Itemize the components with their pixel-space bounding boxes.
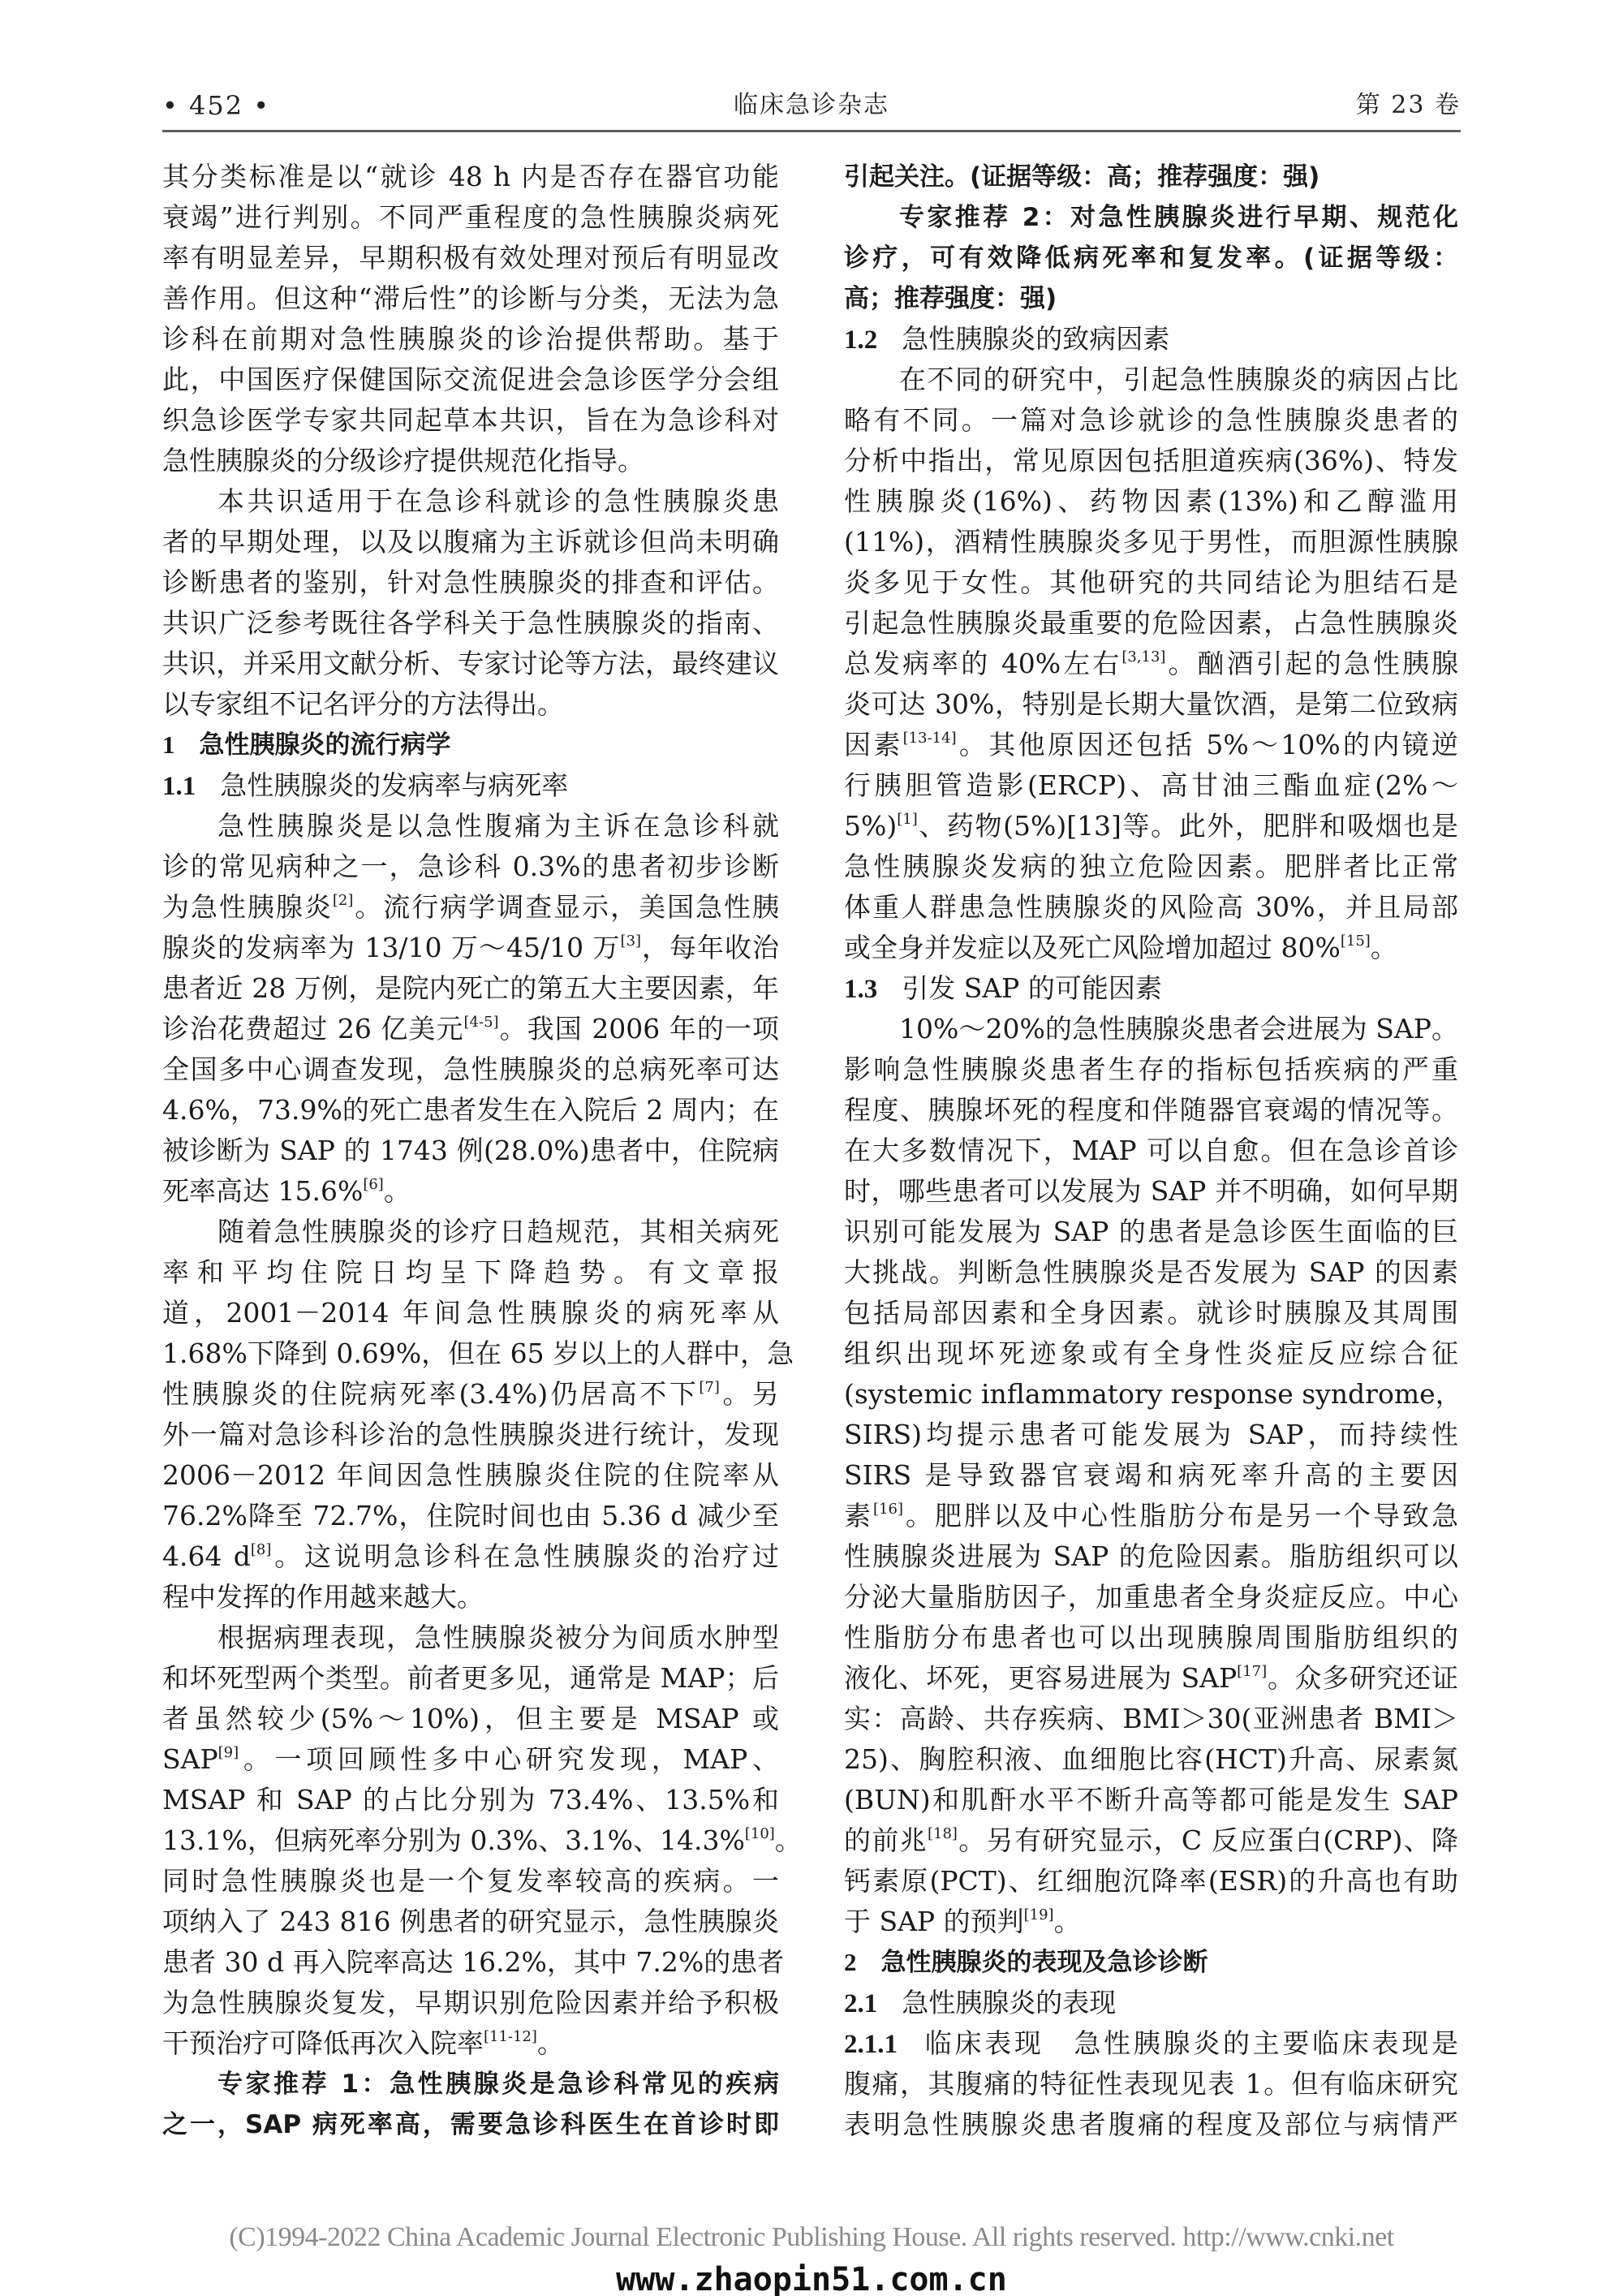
right-column: 引起关注。(证据等级：高；推荐强度：强)专家推荐 2：对急性胰腺炎进行早期、规范… [844, 157, 1458, 2145]
body-text-line: 4.64 d[8]。这说明急诊科在急性胰腺炎的治疗过 [162, 1536, 779, 1577]
body-text-line: 1.68%下降到 0.69%，但在 65 岁以上的人群中，急 [162, 1333, 779, 1374]
section-number: 1.1 [162, 772, 196, 801]
expert-recommendation-line: 诊疗，可有效降低病死率和复发率。(证据等级： [844, 238, 1458, 278]
citation-reference: [9] [218, 1744, 239, 1761]
line-text: 为急性胰腺炎复发，早期识别危险因素并给予积极 [162, 1987, 779, 2018]
line-text: 此，中国医疗保健国际交流促进会急诊医学分会组 [162, 364, 779, 395]
line-text: 干预治疗可降低再次入院率 [162, 2027, 484, 2059]
header-rule [162, 130, 1461, 132]
line-text: 者虽然较少(5%～10%)，但主要是 MSAP 或 [162, 1703, 779, 1734]
section-heading: 1.1急性胰腺炎的发病率与病死率 [162, 765, 779, 806]
body-text-line: SIRS 是导致器官衰竭和病死率升高的主要因 [844, 1455, 1458, 1496]
body-text-line: 在不同的研究中，引起急性胰腺炎的病因占比 [844, 360, 1458, 400]
expert-recommendation-line: 高；推荐强度：强) [844, 278, 1458, 319]
body-text-line: 诊科在前期对急性胰腺炎的诊治提供帮助。基于 [162, 319, 779, 360]
volume-label: 第 23 卷 [1356, 88, 1461, 123]
body-text-line: 性胰腺炎的住院病死率(3.4%)仍居高不下[7]。另 [162, 1374, 779, 1415]
line-text: 10%～20%的急性胰腺炎患者会进展为 SAP。 [899, 1013, 1458, 1045]
line-text: (11%)，酒精性胰腺炎多见于男性，而胆源性胰腺 [844, 526, 1458, 558]
line-text: 率有明显差异，早期积极有效处理对预后有明显改 [162, 242, 779, 274]
line-text: 引发 SAP 的可能因素 [902, 972, 1162, 1004]
line-text: 4.6%，73.9%的死亡患者发生在入院后 2 周内；在 [162, 1094, 779, 1126]
body-text-line: 为急性胰腺炎复发，早期识别危险因素并给予积极 [162, 1983, 779, 2023]
line-text: 在不同的研究中，引起急性胰腺炎的病因占比 [899, 364, 1458, 395]
line-text: 共识广泛参考既往各学科关于急性胰腺炎的指南、 [162, 607, 779, 639]
body-text-line: 分析中指出，常见原因包括胆道疾病(36%)、特发 [844, 441, 1458, 481]
body-text-line: 率和平均住院日均呈下降趋势。有文章报 [162, 1252, 779, 1293]
citation-reference: [7] [699, 1379, 720, 1396]
body-text-line: 素[16]。肥胖以及中心性脂肪分布是另一个导致急 [844, 1496, 1458, 1536]
body-text-line: 表明急性胰腺炎患者腹痛的程度及部位与病情严 [844, 2104, 1458, 2145]
citation-reference: [2] [333, 892, 354, 909]
body-text-line: 为急性胰腺炎[2]。流行病学调查显示，美国急性胰 [162, 887, 779, 928]
line-text: 液化、坏死，更容易进展为 SAP [844, 1662, 1237, 1694]
body-text-line: 于 SAP 的预判[19]。 [844, 1902, 1458, 1942]
line-text: 被诊断为 SAP 的 1743 例(28.0%)患者中，住院病 [162, 1135, 779, 1166]
line-text: 急性胰腺炎发病的独立危险因素。肥胖者比正常 [844, 851, 1458, 882]
body-text-line: 者的早期处理，以及以腹痛为主诉就诊但尚未明确 [162, 522, 779, 562]
body-text-line: 死率高达 15.6%[6]。 [162, 1171, 779, 1212]
line-text-continued: 。众多研究还证 [1267, 1662, 1458, 1694]
section-number: 2.1.1 [844, 2030, 898, 2059]
copyright-notice: (C)1994-2022 China Academic Journal Elec… [0, 2222, 1623, 2253]
body-text-line: 的前兆[18]。另有研究显示，C 反应蛋白(CRP)、降 [844, 1820, 1458, 1861]
section-heading: 2急性胰腺炎的表现及急诊诊断 [844, 1942, 1458, 1983]
body-text-line: 急性胰腺炎的分级诊疗提供规范化指导。 [162, 441, 779, 481]
body-text-line: 分泌大量脂肪因子，加重患者全身炎症反应。中心 [844, 1577, 1458, 1618]
citation-reference: [19] [1024, 1906, 1054, 1923]
line-text: 炎可达 30%，特别是长期大量饮酒，是第二位致病 [844, 688, 1458, 720]
line-text-continued: 。流行病学调查显示，美国急性胰 [353, 891, 779, 923]
line-text: 者的早期处理，以及以腹痛为主诉就诊但尚未明确 [162, 526, 779, 558]
line-text: 患者 30 d 再入院率高达 16.2%，其中 7.2%的患者 [162, 1946, 784, 1978]
line-text-continued: 。另有研究显示，C 反应蛋白(CRP)、降 [958, 1824, 1458, 1856]
line-text-continued: 。这说明急诊科在急性胰腺炎的治疗过 [271, 1540, 779, 1572]
section-number: 2.1 [844, 1989, 877, 2018]
body-text-line: 钙素原(PCT)、红细胞沉降率(ESR)的升高也有助 [844, 1861, 1458, 1902]
citation-reference: [16] [873, 1501, 903, 1518]
line-text: 组织出现坏死迹象或有全身性炎症反应综合征 [844, 1338, 1458, 1369]
watermark-url: www.zhaopin51.com.cn [0, 2261, 1623, 2296]
line-text: 以专家组不记名评分的方法得出。 [162, 688, 564, 720]
line-text: 全国多中心调查发现，急性胰腺炎的总病死率可达 [162, 1053, 779, 1085]
journal-title: 临床急诊杂志 [162, 88, 1461, 123]
line-text-continued: 。其他原因还包括 5%～10%的内镜逆 [957, 729, 1458, 760]
line-text: 和坏死型两个类型。前者更多见，通常是 MAP；后 [162, 1662, 779, 1694]
body-text-line: 体重人群患急性胰腺炎的风险高 30%，并且局部 [844, 887, 1458, 928]
body-text-line: SAP[9]。一项回顾性多中心研究发现，MAP、 [162, 1739, 779, 1780]
body-text-line: 10%～20%的急性胰腺炎患者会进展为 SAP。 [844, 1009, 1458, 1049]
line-text: 4.64 d [162, 1540, 251, 1572]
line-text: 的前兆 [844, 1824, 928, 1856]
body-text-line: MSAP 和 SAP 的占比分别为 73.4%、13.5%和 [162, 1780, 779, 1820]
body-text-line: 和坏死型两个类型。前者更多见，通常是 MAP；后 [162, 1658, 779, 1699]
body-text-line: 时，哪些患者可以发展为 SAP 并不明确，如何早期 [844, 1171, 1458, 1212]
line-text: 共识，并采用文献分析、专家讨论等方法，最终建议 [162, 648, 779, 679]
body-text-line: 25)、胸腔积液、血细胞比容(HCT)升高、尿素氮 [844, 1739, 1458, 1780]
body-text-line: 液化、坏死，更容易进展为 SAP[17]。众多研究还证 [844, 1658, 1458, 1699]
body-text-line: 实：高龄、共存疾病、BMI＞30(亚洲患者 BMI＞ [844, 1699, 1458, 1739]
line-text: 性胰腺炎(16%)、药物因素(13%)和乙醇滥用 [844, 485, 1458, 517]
line-text: 其分类标准是以“就诊 48 h 内是否存在器官功能 [162, 161, 779, 192]
line-text: 程中发挥的作用越来越大。 [162, 1581, 484, 1613]
body-text-line: 性脂肪分布患者也可以出现胰腺周围脂肪组织的 [844, 1618, 1458, 1658]
body-text-line: 因素[13-14]。其他原因还包括 5%～10%的内镜逆 [844, 725, 1458, 765]
body-text-line: 炎可达 30%，特别是长期大量饮酒，是第二位致病 [844, 684, 1458, 725]
body-text-line: 衰竭”进行判别。不同严重程度的急性胰腺炎病死 [162, 197, 779, 238]
line-text: SIRS 是导致器官衰竭和病死率升高的主要因 [844, 1459, 1458, 1491]
body-text-line: 性胰腺炎(16%)、药物因素(13%)和乙醇滥用 [844, 481, 1458, 522]
body-text-line: 患者近 28 万例，是院内死亡的第五大主要因素，年 [162, 968, 779, 1009]
body-text-line: 2.1.1临床表现 急性胰腺炎的主要临床表现是 [844, 2023, 1458, 2064]
body-text-line: 腹痛，其腹痛的特征性表现见表 1。但有临床研究 [844, 2064, 1458, 2104]
body-text-line: 急性胰腺炎发病的独立危险因素。肥胖者比正常 [844, 846, 1458, 887]
line-text: 急性胰腺炎的发病率与病死率 [220, 769, 568, 801]
line-text-continued: 、药物(5%)[13]等。此外，肥胖和吸烟也是 [918, 810, 1458, 842]
body-text-line: 率有明显差异，早期积极有效处理对预后有明显改 [162, 238, 779, 278]
line-text: 项纳入了 243 816 例患者的研究显示，急性胰腺炎 [162, 1906, 779, 1937]
line-text-continued: 。 [775, 1824, 802, 1856]
section-heading: 1急性胰腺炎的流行病学 [162, 725, 779, 765]
line-text: 影响急性胰腺炎患者生存的指标包括疾病的严重 [844, 1053, 1458, 1085]
body-text-line: 道，2001－2014 年间急性胰腺炎的病死率从 [162, 1293, 779, 1333]
citation-reference: [4-5] [464, 1014, 499, 1031]
body-text-line: 被诊断为 SAP 的 1743 例(28.0%)患者中，住院病 [162, 1131, 779, 1171]
line-text: 本共识适用于在急诊科就诊的急性胰腺炎患 [217, 485, 779, 517]
line-text: 外一篇对急诊科诊治的急性胰腺炎进行统计，发现 [162, 1419, 779, 1450]
line-text: 诊的常见病种之一，急诊科 0.3%的患者初步诊断 [162, 851, 779, 882]
body-text-line: 炎多见于女性。其他研究的共同结论为胆结石是 [844, 562, 1458, 603]
citation-reference: [15] [1341, 933, 1371, 950]
line-text: MSAP 和 SAP 的占比分别为 73.4%、13.5%和 [162, 1784, 779, 1816]
body-text-line: 诊断患者的鉴别，针对急性胰腺炎的排查和评估。 [162, 562, 779, 603]
body-text-line: 包括局部因素和全身因素。就诊时胰腺及其周围 [844, 1293, 1458, 1333]
body-text-line: 共识，并采用文献分析、专家讨论等方法，最终建议 [162, 644, 779, 684]
line-text: 急性胰腺炎的流行病学 [200, 730, 451, 760]
section-number: 1.2 [844, 325, 877, 355]
body-text-line: 以专家组不记名评分的方法得出。 [162, 684, 779, 725]
line-text: 体重人群患急性胰腺炎的风险高 30%，并且局部 [844, 891, 1458, 923]
line-text: 织急诊医学专家共同起草本共识，旨在为急诊科对 [162, 404, 779, 436]
body-text-line: 5%)[1]、药物(5%)[13]等。此外，肥胖和吸烟也是 [844, 806, 1458, 846]
body-text-line: 识别可能发展为 SAP 的患者是急诊医生面临的巨 [844, 1212, 1458, 1252]
line-text: (BUN)和肌酐水平不断升高等都可能是发生 SAP [844, 1784, 1458, 1816]
line-text: 1.68%下降到 0.69%，但在 65 岁以上的人群中，急 [162, 1338, 794, 1369]
line-text-continued: 。一项回顾性多中心研究发现，MAP、 [239, 1743, 779, 1775]
body-text-line: 影响急性胰腺炎患者生存的指标包括疾病的严重 [844, 1049, 1458, 1090]
line-text-continued: 。 [1054, 1906, 1081, 1937]
line-text: 炎多见于女性。其他研究的共同结论为胆结石是 [844, 566, 1458, 598]
body-text-line: 随着急性胰腺炎的诊疗日趋规范，其相关病死 [162, 1212, 779, 1252]
line-text: 表明急性胰腺炎患者腹痛的程度及部位与病情严 [844, 2109, 1458, 2140]
line-text: 素 [844, 1500, 873, 1531]
line-text: 之一，SAP 病死率高，需要急诊科医生在首诊时即 [162, 2110, 779, 2139]
body-text-line: 者虽然较少(5%～10%)，但主要是 MSAP 或 [162, 1699, 779, 1739]
line-text-continued: 。酗酒引起的急性胰腺 [1165, 648, 1458, 679]
line-text: 专家推荐 2：对急性胰腺炎进行早期、规范化 [899, 203, 1458, 232]
citation-reference: [3,13] [1121, 648, 1165, 666]
line-text: 25)、胸腔积液、血细胞比容(HCT)升高、尿素氮 [844, 1743, 1458, 1775]
expert-recommendation-line: 专家推荐 1：急性胰腺炎是急诊科常见的疾病 [162, 2064, 779, 2104]
citation-reference: [11-12] [484, 2028, 537, 2045]
body-text-line: 组织出现坏死迹象或有全身性炎症反应综合征 [844, 1333, 1458, 1374]
line-text: 诊科在前期对急性胰腺炎的诊治提供帮助。基于 [162, 323, 779, 355]
citation-reference: [6] [363, 1176, 384, 1193]
body-text-line: 诊的常见病种之一，急诊科 0.3%的患者初步诊断 [162, 846, 779, 887]
body-text-line: 同时急性胰腺炎也是一个复发率较高的疾病。一 [162, 1861, 779, 1902]
body-text-line: 此，中国医疗保健国际交流促进会急诊医学分会组 [162, 360, 779, 400]
section-number: 1.3 [844, 975, 877, 1004]
line-text: 专家推荐 1：急性胰腺炎是急诊科常见的疾病 [217, 2070, 779, 2099]
line-text: 引起急性胰腺炎最重要的危险因素，占急性胰腺炎 [844, 607, 1458, 639]
line-text: 13.1%，但病死率分别为 0.3%、3.1%、14.3% [162, 1824, 745, 1856]
line-text: SAP [162, 1743, 218, 1775]
line-text: (systemic inflammatory response syndrome… [844, 1378, 1462, 1410]
body-text-line: (systemic inflammatory response syndrome… [844, 1374, 1458, 1415]
line-text-continued: 。 [537, 2027, 564, 2059]
body-text-line: 织急诊医学专家共同起草本共识，旨在为急诊科对 [162, 400, 779, 441]
line-text: 急性胰腺炎的表现 [902, 1987, 1116, 2018]
body-text-line: 共识广泛参考既往各学科关于急性胰腺炎的指南、 [162, 603, 779, 644]
body-text-line: 13.1%，但病死率分别为 0.3%、3.1%、14.3%[10]。 [162, 1820, 779, 1861]
line-text: 于 SAP 的预判 [844, 1906, 1024, 1937]
left-column: 其分类标准是以“就诊 48 h 内是否存在器官功能衰竭”进行判别。不同严重程度的… [162, 157, 779, 2145]
body-text-line: 项纳入了 243 816 例患者的研究显示，急性胰腺炎 [162, 1902, 779, 1942]
line-text: 识别可能发展为 SAP 的患者是急诊医生面临的巨 [844, 1216, 1458, 1247]
citation-reference: [10] [745, 1825, 775, 1842]
line-text: 因素 [844, 729, 903, 760]
expert-recommendation-line: 引起关注。(证据等级：高；推荐强度：强) [844, 157, 1458, 197]
body-text-line: 外一篇对急诊科诊治的急性胰腺炎进行统计，发现 [162, 1415, 779, 1455]
line-text: 性胰腺炎进展为 SAP 的危险因素。脂肪组织可以 [844, 1540, 1458, 1572]
line-text-continued: 。 [384, 1175, 411, 1207]
line-text: 同时急性胰腺炎也是一个复发率较高的疾病。一 [162, 1865, 779, 1897]
line-text: 急性胰腺炎的致病因素 [902, 323, 1169, 355]
citation-reference: [1] [897, 811, 918, 828]
line-text: 腺炎的发病率为 13/10 万～45/10 万 [162, 932, 621, 963]
body-text-line: 程中发挥的作用越来越大。 [162, 1577, 779, 1618]
line-text: 患者近 28 万例，是院内死亡的第五大主要因素，年 [162, 972, 779, 1004]
line-text-continued: 。另 [720, 1378, 779, 1410]
line-text: 实：高龄、共存疾病、BMI＞30(亚洲患者 BMI＞ [844, 1703, 1458, 1734]
body-text-line: 其分类标准是以“就诊 48 h 内是否存在器官功能 [162, 157, 779, 197]
line-text-continued: ，每年收治 [641, 932, 779, 963]
body-text-line: 4.6%，73.9%的死亡患者发生在入院后 2 周内；在 [162, 1090, 779, 1131]
line-text: 善作用。但这种“滞后性”的诊断与分类，无法为急 [162, 282, 779, 314]
line-text: 为急性胰腺炎 [162, 891, 333, 923]
body-text-line: 急性胰腺炎是以急性腹痛为主诉在急诊科就 [162, 806, 779, 846]
line-text: 在大多数情况下，MAP 可以自愈。但在急诊首诊 [844, 1135, 1458, 1166]
line-text: 随着急性胰腺炎的诊疗日趋规范，其相关病死 [217, 1216, 779, 1247]
line-text: 急性胰腺炎的分级诊疗提供规范化指导。 [162, 445, 644, 476]
body-text-line: 或全身并发症以及死亡风险增加超过 80%[15]。 [844, 928, 1458, 968]
line-text: 分析中指出，常见原因包括胆道疾病(36%)、特发 [844, 445, 1458, 476]
line-text: 性胰腺炎的住院病死率(3.4%)仍居高不下 [162, 1378, 699, 1410]
line-text: 根据病理表现，急性胰腺炎被分为间质水肿型 [217, 1622, 779, 1653]
citation-reference: [13-14] [903, 730, 957, 747]
body-text-line: 略有不同。一篇对急诊就诊的急性胰腺炎患者的 [844, 400, 1458, 441]
line-text: 率和平均住院日均呈下降趋势。有文章报 [162, 1256, 779, 1288]
body-text-line: 大挑战。判断急性胰腺炎是否发展为 SAP 的因素 [844, 1252, 1458, 1293]
line-text: 略有不同。一篇对急诊就诊的急性胰腺炎患者的 [844, 404, 1458, 436]
line-text: 2006－2012 年间因急性胰腺炎住院的住院率从 [162, 1459, 779, 1491]
body-text-line: SIRS)均提示患者可能发展为 SAP，而持续性 [844, 1415, 1458, 1455]
body-text-line: (11%)，酒精性胰腺炎多见于男性，而胆源性胰腺 [844, 522, 1458, 562]
line-text: 行胰胆管造影(ERCP)、高甘油三酯血症(2%～ [844, 769, 1458, 801]
body-text-line: 诊治花费超过 26 亿美元[4-5]。我国 2006 年的一项 [162, 1009, 779, 1049]
body-text-line: 引起急性胰腺炎最重要的危险因素，占急性胰腺炎 [844, 603, 1458, 644]
citation-reference: [3] [621, 933, 642, 950]
body-text-line: 患者 30 d 再入院率高达 16.2%，其中 7.2%的患者 [162, 1942, 779, 1983]
expert-recommendation-line: 专家推荐 2：对急性胰腺炎进行早期、规范化 [844, 197, 1458, 238]
section-number: 1 [162, 730, 175, 759]
line-text: 高；推荐强度：强) [844, 284, 1057, 313]
line-text: 包括局部因素和全身因素。就诊时胰腺及其周围 [844, 1297, 1458, 1329]
citation-reference: [18] [928, 1825, 958, 1842]
citation-reference: [17] [1237, 1663, 1267, 1680]
body-text-line: 根据病理表现，急性胰腺炎被分为间质水肿型 [162, 1618, 779, 1658]
body-text-line: 善作用。但这种“滞后性”的诊断与分类，无法为急 [162, 278, 779, 319]
line-text: 死率高达 15.6% [162, 1175, 363, 1207]
line-text: 临床表现 急性胰腺炎的主要临床表现是 [922, 2027, 1458, 2059]
line-text: 性脂肪分布患者也可以出现胰腺周围脂肪组织的 [844, 1622, 1458, 1653]
section-heading: 1.3引发 SAP 的可能因素 [844, 968, 1458, 1009]
line-text: 诊治花费超过 26 亿美元 [162, 1013, 464, 1045]
line-text: 或全身并发症以及死亡风险增加超过 80% [844, 932, 1341, 963]
citation-reference: [8] [251, 1541, 272, 1558]
body-text-line: 总发病率的 40%左右[3,13]。酗酒引起的急性胰腺 [844, 644, 1458, 684]
body-text-line: 性胰腺炎进展为 SAP 的危险因素。脂肪组织可以 [844, 1536, 1458, 1577]
body-text-line: (BUN)和肌酐水平不断升高等都可能是发生 SAP [844, 1780, 1458, 1820]
line-text: 钙素原(PCT)、红细胞沉降率(ESR)的升高也有助 [844, 1865, 1458, 1897]
section-heading: 2.1急性胰腺炎的表现 [844, 1983, 1458, 2023]
line-text-continued: 。 [1371, 932, 1397, 963]
expert-recommendation-line: 之一，SAP 病死率高，需要急诊科医生在首诊时即 [162, 2104, 779, 2145]
body-text-line: 76.2%降至 72.7%，住院时间也由 5.36 d 减少至 [162, 1496, 779, 1536]
line-text: 急性胰腺炎的表现及急诊诊断 [881, 1948, 1208, 1977]
line-text: 大挑战。判断急性胰腺炎是否发展为 SAP 的因素 [844, 1256, 1458, 1288]
body-text-line: 腺炎的发病率为 13/10 万～45/10 万[3]，每年收治 [162, 928, 779, 968]
line-text: SIRS)均提示患者可能发展为 SAP，而持续性 [844, 1419, 1458, 1450]
line-text: 衰竭”进行判别。不同严重程度的急性胰腺炎病死 [162, 201, 779, 233]
line-text: 引起关注。(证据等级：高；推荐强度：强) [844, 162, 1319, 192]
body-text-line: 行胰胆管造影(ERCP)、高甘油三酯血症(2%～ [844, 765, 1458, 806]
line-text: 急性胰腺炎是以急性腹痛为主诉在急诊科就 [217, 810, 779, 842]
line-text-continued: 。肥胖以及中心性脂肪分布是另一个导致急 [903, 1500, 1458, 1531]
section-heading: 1.2急性胰腺炎的致病因素 [844, 319, 1458, 360]
line-text: 道，2001－2014 年间急性胰腺炎的病死率从 [162, 1297, 779, 1329]
line-text: 总发病率的 40%左右 [844, 648, 1121, 679]
line-text: 诊疗，可有效降低病死率和复发率。(证据等级： [844, 243, 1458, 273]
running-header: • 452 • 临床急诊杂志 第 23 卷 [162, 88, 1461, 123]
line-text: 诊断患者的鉴别，针对急性胰腺炎的排查和评估。 [162, 566, 779, 598]
line-text: 时，哪些患者可以发展为 SAP 并不明确，如何早期 [844, 1175, 1458, 1207]
body-text-line: 干预治疗可降低再次入院率[11-12]。 [162, 2023, 779, 2064]
body-text-line: 本共识适用于在急诊科就诊的急性胰腺炎患 [162, 481, 779, 522]
body-text-line: 在大多数情况下，MAP 可以自愈。但在急诊首诊 [844, 1131, 1458, 1171]
line-text: 腹痛，其腹痛的特征性表现见表 1。但有临床研究 [844, 2068, 1458, 2100]
body-text-line: 程度、胰腺坏死的程度和伴随器官衰竭的情况等。 [844, 1090, 1458, 1131]
line-text: 程度、胰腺坏死的程度和伴随器官衰竭的情况等。 [844, 1094, 1458, 1126]
line-text: 76.2%降至 72.7%，住院时间也由 5.36 d 减少至 [162, 1500, 779, 1531]
body-text-line: 全国多中心调查发现，急性胰腺炎的总病死率可达 [162, 1049, 779, 1090]
line-text-continued: 。我国 2006 年的一项 [499, 1013, 779, 1045]
body-text-line: 2006－2012 年间因急性胰腺炎住院的住院率从 [162, 1455, 779, 1496]
section-number: 2 [844, 1948, 857, 1976]
line-text: 5%) [844, 810, 897, 842]
line-text: 分泌大量脂肪因子，加重患者全身炎症反应。中心 [844, 1581, 1458, 1613]
